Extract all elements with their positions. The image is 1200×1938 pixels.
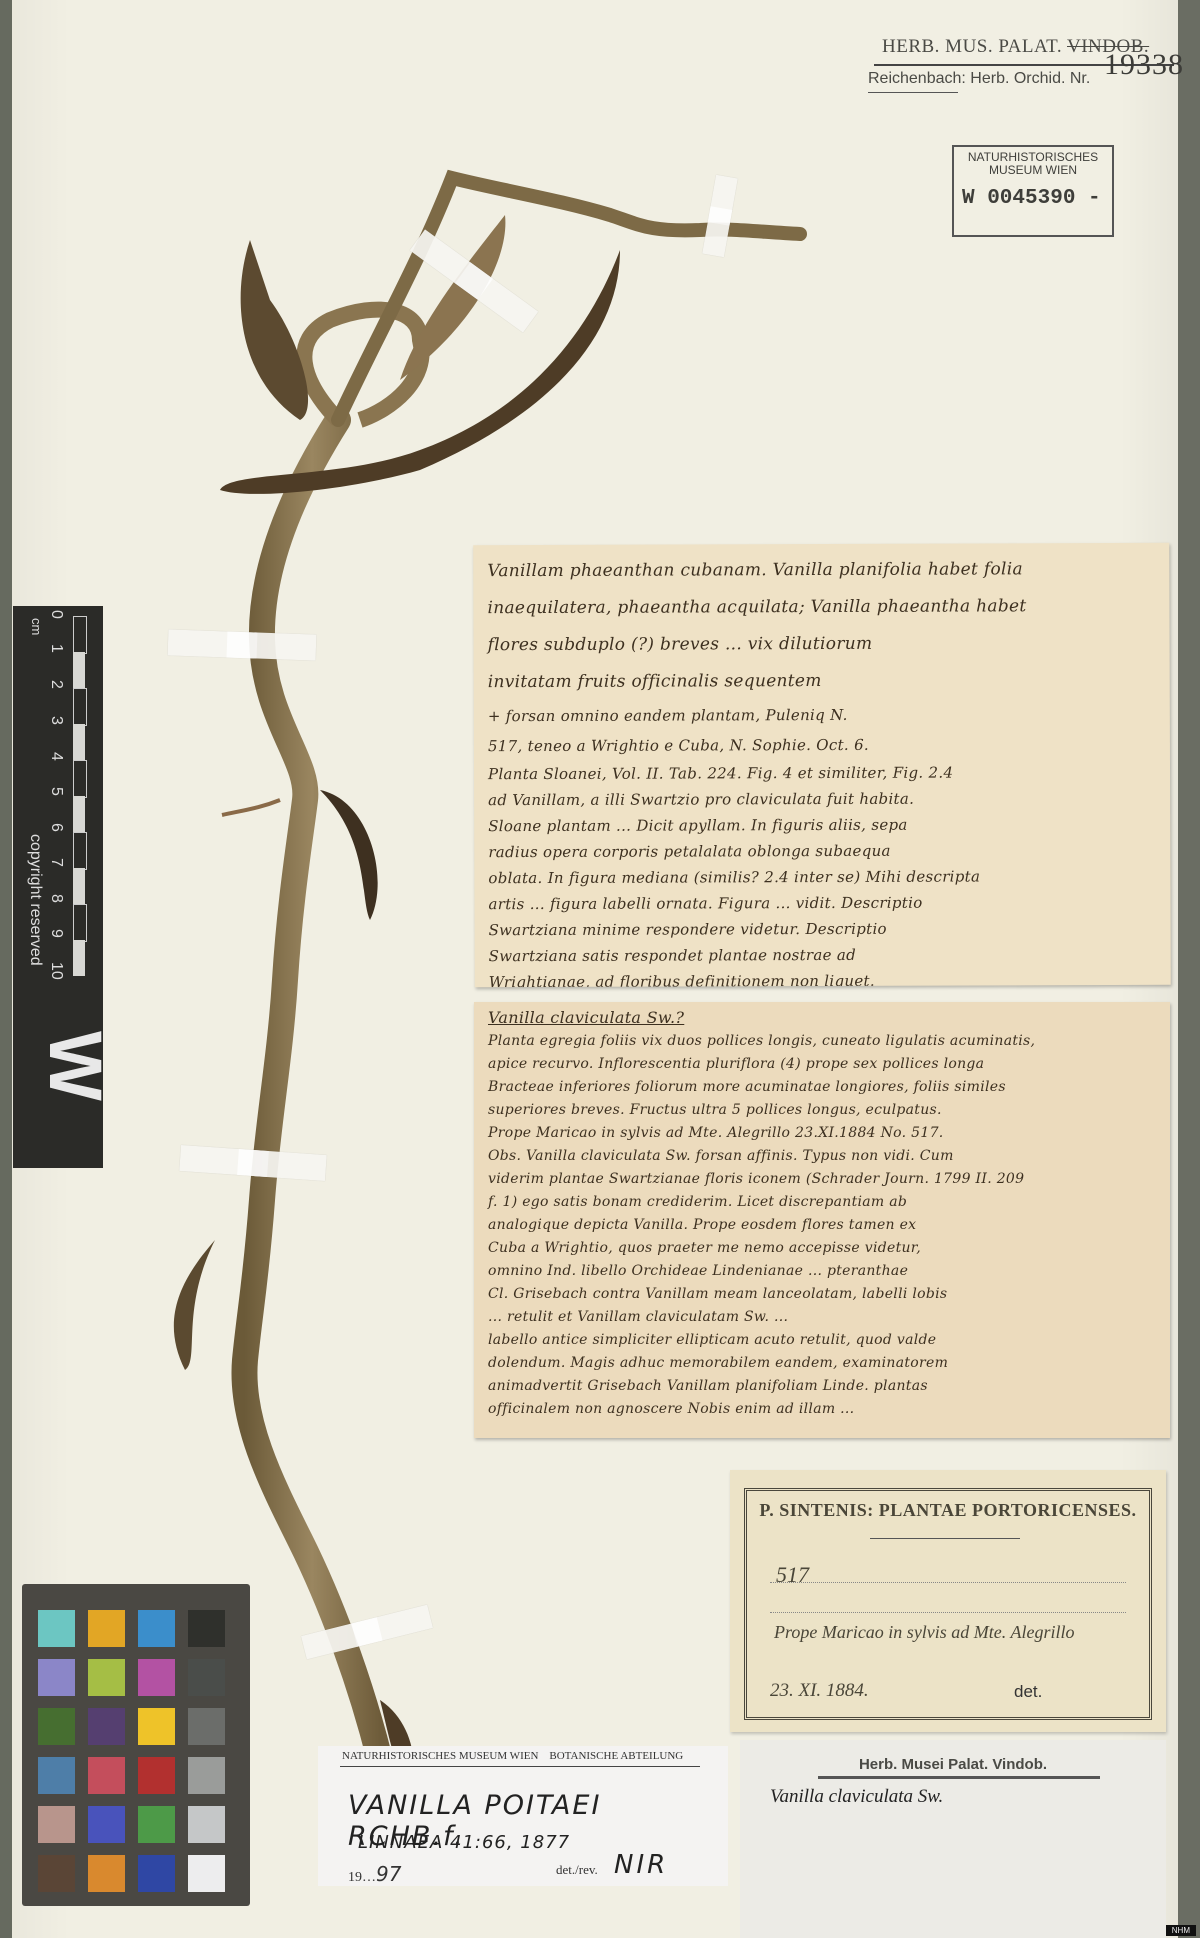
herbarium-number: 19338: [1104, 48, 1184, 82]
copyright-text: copyright reserved: [26, 834, 44, 966]
museum-logo-letter: W: [33, 1031, 118, 1101]
color-swatch: [188, 1757, 225, 1794]
tick-label: 3: [47, 716, 65, 725]
note-heading: Vanilla claviculata Sw.?: [474, 1006, 1170, 1030]
dotted-line: [770, 1612, 1126, 1613]
publication: LINNAEA 41:66, 1877: [358, 1832, 570, 1853]
collector-label: P. SINTENIS: PLANTAE PORTORICENSES. 517 …: [730, 1470, 1166, 1732]
tick-label: 4: [47, 752, 65, 761]
note-line: Bracteae inferiores foliorum more acumin…: [474, 1076, 1170, 1099]
collection-date: 23. XI. 1884.: [770, 1680, 869, 1702]
museum-name: NATURHISTORISCHES MUSEUM WIEN: [954, 151, 1112, 177]
herbarium-number-stamp: HERB. MUS. PALAT. VINDOB. Reichenbach: H…: [868, 34, 1188, 94]
determination-label: NATURHISTORISCHES MUSEUM WIEN BOTANISCHE…: [318, 1746, 728, 1886]
color-swatch: [38, 1708, 75, 1745]
mounting-tape: [168, 629, 317, 660]
scale-segment: [73, 796, 85, 832]
handwritten-note-2: Vanilla claviculata Sw.? Planta egregia …: [474, 1002, 1170, 1438]
color-swatch: [138, 1610, 175, 1647]
corner-logo: NHM: [1166, 1925, 1196, 1936]
determination-year: 19…97: [348, 1862, 401, 1886]
scale-segment: [73, 688, 87, 726]
scale-bar: cm 0 1 2 3 4 5 6 7 8 9 10 copyright rese…: [13, 606, 103, 1168]
label-header: Herb. Musei Palat. Vindob.: [740, 1756, 1166, 1773]
divider: [868, 92, 958, 93]
tick-label: 0: [47, 610, 65, 619]
note-line: Cl. Grisebach contra Vanillam meam lance…: [474, 1283, 1170, 1306]
color-swatch: [138, 1659, 175, 1696]
tick-label: 9: [47, 929, 65, 938]
note-line: Obs. Vanilla claviculata Sw. forsan affi…: [474, 1145, 1170, 1168]
color-swatch: [138, 1708, 175, 1745]
note-line: analogique depicta Vanilla. Prope eosdem…: [474, 1214, 1170, 1237]
scale-segment: [73, 760, 87, 798]
note-line: Planta egregia foliis vix duos pollices …: [474, 1030, 1170, 1053]
note-line: Sloane plantam ... Dicit apyllam. In fig…: [474, 811, 1170, 839]
divider: [818, 1776, 1100, 1779]
collection-line: Reichenbach: Herb. Orchid. Nr.: [868, 70, 1090, 88]
color-swatch: [188, 1610, 225, 1647]
unit-label: cm: [29, 618, 44, 635]
note-line: Wrightianae, ad floribus definitionem no…: [475, 967, 1171, 987]
collection-title: P. SINTENIS: PLANTAE PORTORICENSES.: [730, 1500, 1166, 1521]
color-swatch: [38, 1855, 75, 1892]
note-line: invitatam fruits officinalis sequentem: [474, 662, 1170, 701]
color-swatch: [188, 1659, 225, 1696]
note-line: ad Vanillam, a illi Swartzio pro clavicu…: [474, 785, 1170, 813]
note-line: apice recurvo. Inflorescentia pluriflora…: [474, 1053, 1170, 1076]
collection-number: 517: [776, 1562, 809, 1588]
tick-label: 7: [47, 858, 65, 867]
color-swatch: [138, 1757, 175, 1794]
color-calibration-chart: [22, 1584, 250, 1906]
det-label: det.: [1014, 1682, 1042, 1702]
determiner: NIR: [614, 1850, 668, 1880]
divider: [340, 1766, 700, 1767]
tick-label: 5: [47, 787, 65, 796]
herbarium-label: Herb. Musei Palat. Vindob. Vanilla clavi…: [740, 1740, 1166, 1938]
note-line: Planta Sloanei, Vol. II. Tab. 224. Fig. …: [474, 759, 1170, 787]
color-swatch: [38, 1757, 75, 1794]
label-header: NATURHISTORISCHES MUSEUM WIEN BOTANISCHE…: [342, 1750, 683, 1762]
color-swatch: [88, 1610, 125, 1647]
note-line: labello antice simpliciter ellipticam ac…: [474, 1329, 1170, 1352]
scale-segment: [73, 616, 87, 654]
scale-segment: [73, 724, 85, 760]
note-line: dolendum. Magis adhuc memorabilem eandem…: [474, 1352, 1170, 1375]
note-line: + forsan omnino eandem plantam, Puleniq …: [474, 699, 1170, 731]
note-line: omnino Ind. libello Orchideae Lindeniana…: [474, 1260, 1170, 1283]
color-swatch: [88, 1708, 125, 1745]
color-swatch: [88, 1806, 125, 1843]
color-swatch: [38, 1659, 75, 1696]
note-line: viderim plantae Swartzianae floris icone…: [474, 1168, 1170, 1191]
note-line: Prope Maricao in sylvis ad Mte. Alegrill…: [474, 1122, 1170, 1145]
dotted-line: [770, 1582, 1126, 1583]
color-swatch: [138, 1855, 175, 1892]
note-line: f. 1) ego satis bonam crediderim. Licet …: [474, 1191, 1170, 1214]
color-swatch: [38, 1610, 75, 1647]
color-swatch: [88, 1659, 125, 1696]
note-line: artis ... figura labelli ornata. Figura …: [474, 889, 1170, 917]
color-swatch: [188, 1708, 225, 1745]
note-line: inaequilatera, phaeantha acquilata; Vani…: [473, 588, 1169, 627]
color-swatch: [88, 1757, 125, 1794]
divider: [870, 1538, 1020, 1539]
locality: Prope Maricao in sylvis ad Mte. Alegrill…: [774, 1622, 1074, 1643]
handwritten-note-1: Vanillam phaeanthan cubanam. Vanilla pla…: [473, 543, 1171, 987]
scale-segment: [73, 940, 85, 976]
color-swatch: [38, 1806, 75, 1843]
color-swatch: [88, 1855, 125, 1892]
tick-label: 1: [47, 644, 65, 653]
tick-label: 2: [47, 680, 65, 689]
scale-segment: [73, 904, 87, 942]
tick-label: 6: [47, 823, 65, 832]
note-line: Swartziana minime respondere videtur. De…: [475, 915, 1171, 943]
note-line: ... retulit et Vanillam claviculatam Sw.…: [474, 1306, 1170, 1329]
taxon-name: Vanilla claviculata Sw.: [770, 1786, 943, 1808]
note-line: officinalem non agnoscere Nobis enim ad …: [474, 1398, 1170, 1421]
note-line: Vanillam phaeanthan cubanam. Vanilla pla…: [473, 551, 1169, 590]
scale-segment: [73, 652, 85, 688]
note-line: superiores breves. Fructus ultra 5 polli…: [474, 1099, 1170, 1122]
note-line: Cuba a Wrightio, quos praeter me nemo ac…: [474, 1237, 1170, 1260]
note-line: radius opera corporis petalalata oblonga…: [474, 837, 1170, 865]
tick-label: 8: [47, 894, 65, 903]
museum-id-stamp: NATURHISTORISCHES MUSEUM WIEN W 0045390 …: [952, 145, 1114, 237]
specimen-id: W 0045390 -: [962, 187, 1101, 210]
note-line: oblata. In figura mediana (similis? 2.4 …: [474, 863, 1170, 891]
color-swatch: [188, 1855, 225, 1892]
tick-label: 10: [47, 962, 65, 980]
color-swatch: [188, 1806, 225, 1843]
note-line: 517, teneo a Wrightio e Cuba, N. Sophie.…: [474, 729, 1170, 761]
scale-segment: [73, 868, 85, 904]
note-line: Swartziana satis respondet plantae nostr…: [475, 941, 1171, 969]
scale-segment: [73, 832, 87, 870]
det-rev-label: det./rev.: [556, 1862, 598, 1878]
note-line: flores subduplo (?) breves ... vix dilut…: [474, 625, 1170, 664]
note-line: animadvertit Grisebach Vanillam planifol…: [474, 1375, 1170, 1398]
color-swatch: [138, 1806, 175, 1843]
